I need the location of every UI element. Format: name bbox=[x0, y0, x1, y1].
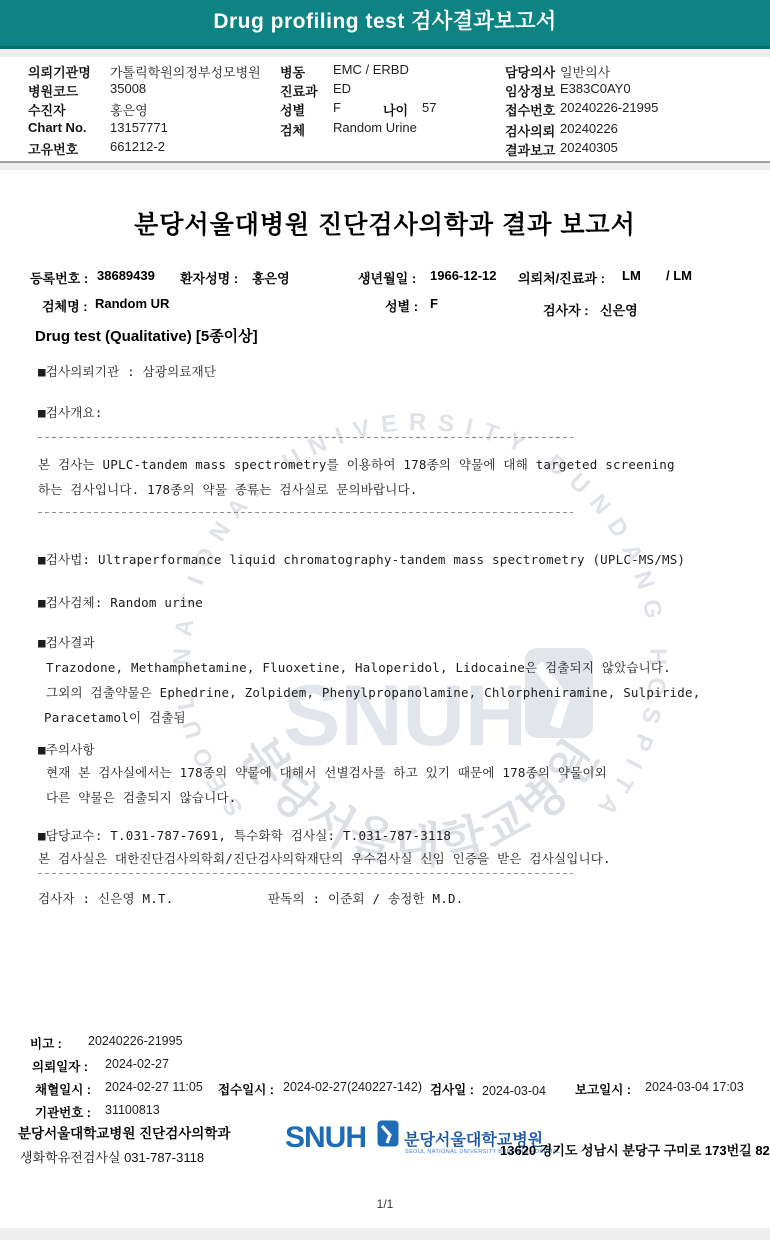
footer-request-date-label: 의뢰일자 : bbox=[32, 1057, 88, 1075]
footer-collect-label: 채혈일시 : bbox=[35, 1080, 91, 1098]
footer-receipt-value: 2024-02-27(240227-142) bbox=[283, 1080, 422, 1094]
banner-title: Drug profiling test 검사결과보고서 bbox=[0, 0, 770, 49]
patient-sex-value: F bbox=[430, 296, 438, 311]
line-overview-para2: 하는 검사입니다. 178종의 약물 종류는 검사실로 문의바랍니다. bbox=[38, 480, 418, 498]
footer-test-date-label: 검사일 : bbox=[430, 1080, 474, 1098]
field-label-ward: 병동 bbox=[280, 62, 305, 81]
field-label-clinical-info: 임상정보 bbox=[505, 81, 555, 100]
field-value-test-request: 20240226 bbox=[560, 121, 618, 136]
patient-reg-value: 38689439 bbox=[97, 268, 155, 283]
line-result-3: Paracetamol이 검출됨 bbox=[44, 708, 186, 726]
patient-birth-label: 생년월일 : bbox=[358, 268, 416, 287]
footer-report-date-value: 2024-03-04 17:03 bbox=[645, 1080, 744, 1094]
field-label-receipt-no: 접수번호 bbox=[505, 100, 555, 119]
dashed-divider-1 bbox=[38, 437, 573, 438]
field-label-doctor: 담당의사 bbox=[505, 62, 555, 81]
footer-department-line: 분당서울대학교병원 진단검사의학과 bbox=[18, 1122, 230, 1142]
patient-specimen-label: 검체명 : bbox=[42, 296, 88, 315]
field-label-sex: 성별 bbox=[280, 100, 305, 119]
footer-org-no-label: 기관번호 : bbox=[35, 1103, 91, 1121]
field-label-department: 진료과 bbox=[280, 81, 318, 100]
footer-note-value: 20240226-21995 bbox=[88, 1034, 183, 1048]
dashed-divider-2 bbox=[38, 512, 573, 513]
line-test-specimen: ■검사검체: Random urine bbox=[38, 593, 203, 611]
field-value-doctor: 일반의사 bbox=[560, 62, 610, 81]
footer-report-date-label: 보고일시 : bbox=[575, 1080, 631, 1098]
field-label-requesting-org: 의뢰기관명 bbox=[28, 62, 91, 81]
line-overview-para1: 본 검사는 UPLC-tandem mass spectrometry를 이용하… bbox=[38, 455, 675, 473]
line-caution-2: 다른 약물은 검출되지 않습니다. bbox=[46, 788, 236, 806]
field-value-ward: EMC / ERBD bbox=[333, 62, 409, 77]
line-method: ■검사법: Ultraperformance liquid chromatogr… bbox=[38, 550, 685, 568]
field-label-result-report: 결과보고 bbox=[505, 140, 555, 159]
footer-test-date-value: 2024-03-04 bbox=[482, 1084, 546, 1098]
footer-collect-value: 2024-02-27 11:05 bbox=[105, 1080, 203, 1094]
page-number: 1/1 bbox=[0, 1197, 770, 1211]
line-request-org: ■검사의뢰기관 : 삼광의료재단 bbox=[38, 362, 216, 380]
field-value-clinical-info: E383C0AY0 bbox=[560, 81, 631, 96]
line-result-2: 그외의 검출약물은 Ephedrine, Zolpidem, Phenylpro… bbox=[46, 683, 700, 701]
patient-birth-value: 1966-12-12 bbox=[430, 268, 497, 283]
patient-examiner-value: 신은영 bbox=[600, 300, 638, 319]
test-name-heading: Drug test (Qualitative) [5종이상] bbox=[35, 325, 258, 346]
field-value-chart-no: 13157771 bbox=[110, 120, 168, 135]
field-value-receipt-no: 20240226-21995 bbox=[560, 100, 658, 115]
report-title: 분당서울대병원 진단검사의학과 결과 보고서 bbox=[0, 205, 770, 241]
patient-examiner-label: 검사자 : bbox=[543, 300, 589, 319]
footer-note-label: 비고 : bbox=[30, 1034, 62, 1052]
report-page: Drug profiling test 검사결과보고서 의뢰기관명 가톨릭학원의… bbox=[0, 0, 770, 1240]
field-value-patient: 홍은영 bbox=[110, 100, 148, 119]
field-value-hospital-code: 35008 bbox=[110, 81, 146, 96]
line-result-head: ■검사결과 bbox=[38, 633, 95, 651]
patient-dept-value2: / LM bbox=[666, 268, 692, 283]
patient-name-label: 환자성명 : bbox=[180, 268, 238, 287]
line-caution-head: ■주의사항 bbox=[38, 740, 95, 758]
snuh-logo-text: SNUH bbox=[285, 1121, 366, 1155]
footer-org-no-value: 31100813 bbox=[105, 1103, 160, 1117]
field-label-test-request: 검사의뢰 bbox=[505, 121, 555, 140]
field-value-result-report: 20240305 bbox=[560, 140, 618, 155]
patient-sex-label: 성별 : bbox=[385, 296, 418, 315]
footer-receipt-label: 접수일시 : bbox=[218, 1080, 274, 1098]
footer-request-date-value: 2024-02-27 bbox=[105, 1057, 169, 1071]
patient-dept-value: LM bbox=[622, 268, 641, 283]
dashed-divider-3 bbox=[38, 873, 573, 874]
field-value-unique-no: 661212-2 bbox=[110, 139, 165, 154]
line-technician: 검사자 : 신은영 M.T. bbox=[38, 889, 173, 907]
line-reader: 판독의 : 이준회 / 송정한 M.D. bbox=[268, 889, 463, 907]
line-result-1: Trazodone, Methamphetamine, Fluoxetine, … bbox=[46, 658, 671, 676]
line-overview-head: ■검사개요: bbox=[38, 403, 103, 421]
field-value-specimen: Random Urine bbox=[333, 120, 417, 135]
field-label-chart-no: Chart No. bbox=[28, 120, 87, 135]
line-professor: ■담당교수: T.031-787-7691, 특수화학 검사실: T.031-7… bbox=[38, 826, 451, 844]
field-label-patient: 수진자 bbox=[28, 100, 66, 119]
field-label-hospital-code: 병원코드 bbox=[28, 81, 78, 100]
footer-lab-line: 생화학유전검사실 031-787-3118 bbox=[20, 1147, 204, 1166]
patient-dept-label: 의뢰처/진료과 : bbox=[518, 268, 605, 287]
field-label-unique-no: 고유번호 bbox=[28, 139, 78, 158]
field-value-department: ED bbox=[333, 81, 351, 96]
snuh-shield-icon bbox=[377, 1120, 399, 1147]
field-value-sex: F bbox=[333, 100, 341, 115]
patient-name-value: 홍은영 bbox=[252, 268, 290, 287]
footer-address: 13620 경기도 성남시 분당구 구미로 173번길 82 bbox=[500, 1140, 770, 1159]
patient-reg-label: 등록번호 : bbox=[30, 268, 88, 287]
field-value-age: 57 bbox=[422, 100, 436, 115]
line-accreditation: 본 검사실은 대한진단검사의학회/진단검사의학재단의 우수검사실 신임 인증을 … bbox=[38, 849, 611, 867]
field-label-specimen: 검체 bbox=[280, 120, 305, 139]
field-value-requesting-org: 가톨릭학원의정부성모병원 bbox=[110, 62, 261, 81]
line-caution-1: 현재 본 검사실에서는 178종의 약물에 대해서 선별검사를 하고 있기 때문… bbox=[46, 763, 607, 781]
field-label-age: 나이 bbox=[383, 100, 408, 119]
patient-specimen-value: Random UR bbox=[95, 296, 169, 311]
